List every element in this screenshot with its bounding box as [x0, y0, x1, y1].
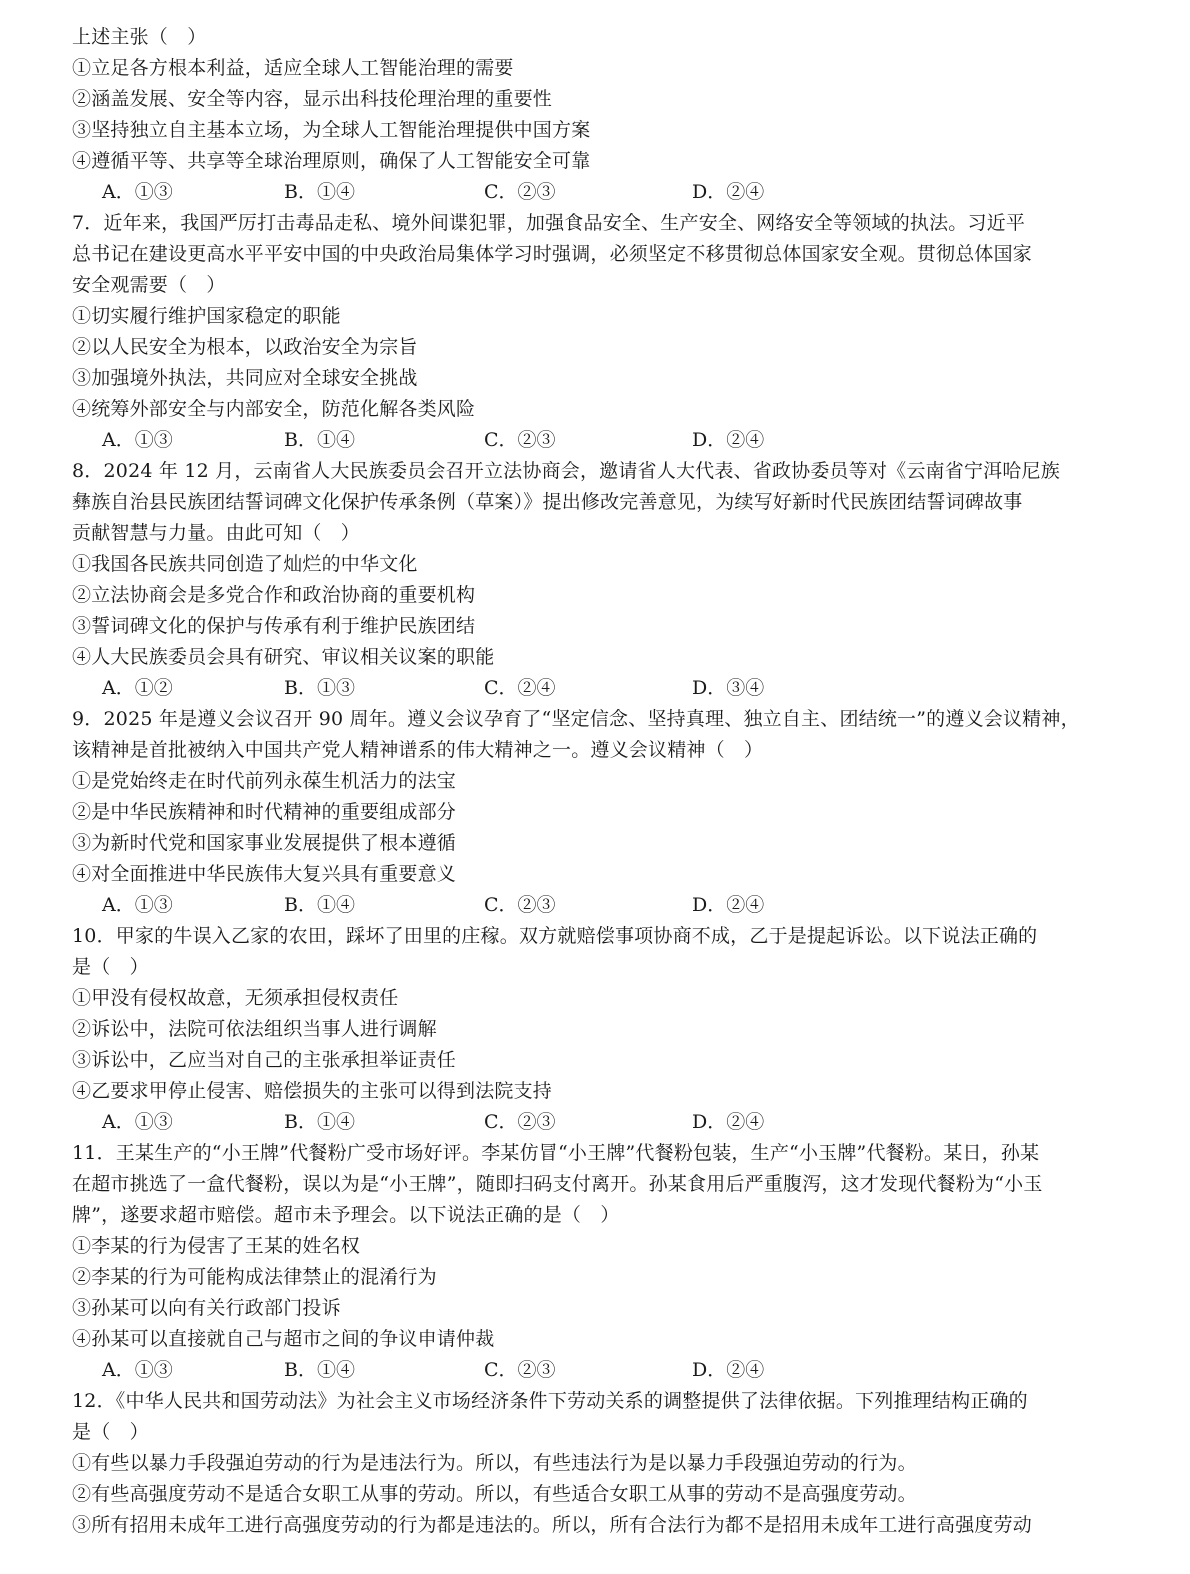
option-3: ③加强境外执法，共同应对全球安全挑战: [72, 363, 1122, 394]
option-4: ④统筹外部安全与内部安全，防范化解各类风险: [72, 394, 1122, 425]
choice-c: C．②③: [484, 177, 556, 208]
option-1: ①立足各方根本利益，适应全球人工智能治理的需要: [72, 53, 1122, 84]
option-1: ①切实履行维护国家稳定的职能: [72, 301, 1122, 332]
choice-b: B．①③: [284, 673, 355, 704]
option-4: ④人大民族委员会具有研究、审议相关议案的职能: [72, 642, 1122, 673]
option-3: ③所有招用未成年工进行高强度劳动的行为都是违法的。所以，所有合法行为都不是招用未…: [72, 1510, 1122, 1541]
option-3: ③誓词碑文化的保护与传承有利于维护民族团结: [72, 611, 1122, 642]
question-stem-line: 11．王某生产的“小王牌”代餐粉广受市场好评。李某仿冒“小王牌”代餐粉包装，生产…: [72, 1138, 1122, 1169]
option-4: ④对全面推进中华民族伟大复兴具有重要意义: [72, 859, 1122, 890]
question-stem-line: 总书记在建设更高水平平安中国的中央政治局集体学习时强调，必须坚定不移贯彻总体国家…: [72, 239, 1122, 270]
choice-b: B．①④: [284, 890, 355, 921]
option-3: ③孙某可以向有关行政部门投诉: [72, 1293, 1122, 1324]
question-stem-line: 彝族自治县民族团结誓词碑文化保护传承条例（草案）》提出修改完善意见，为续写好新时…: [72, 487, 1122, 518]
answer-choices: A．①③ B．①④ C．②③ D．②④: [72, 1355, 1122, 1386]
question-stem-line: 是（ ）: [72, 952, 1122, 983]
option-2: ②李某的行为可能构成法律禁止的混淆行为: [72, 1262, 1122, 1293]
option-1: ①李某的行为侵害了王某的姓名权: [72, 1231, 1122, 1262]
question-stem: 上述主张（ ）: [72, 22, 1122, 53]
choice-c: C．②③: [484, 1355, 556, 1386]
question-stem-line: 该精神是首批被纳入中国共产党人精神谱系的伟大精神之一。遵义会议精神（ ）: [72, 735, 1122, 766]
question-stem-line: 在超市挑选了一盒代餐粉，误以为是“小王牌”，随即扫码支付离开。孙某食用后严重腹泻…: [72, 1169, 1122, 1200]
option-2: ②有些高强度劳动不是适合女职工从事的劳动。所以，有些适合女职工从事的劳动不是高强…: [72, 1479, 1122, 1510]
question-stem-line: 牌”，遂要求超市赔偿。超市未予理会。以下说法正确的是（ ）: [72, 1200, 1122, 1231]
option-2: ②涵盖发展、安全等内容，显示出科技伦理治理的重要性: [72, 84, 1122, 115]
answer-choices: A．①③ B．①④ C．②③ D．②④: [72, 177, 1122, 208]
question-8: 8．2024 年 12 月，云南省人大民族委员会召开立法协商会，邀请省人大代表、…: [72, 456, 1122, 704]
choice-b: B．①④: [284, 425, 355, 456]
question-7: 7．近年来，我国严厉打击毒品走私、境外间谍犯罪，加强食品安全、生产安全、网络安全…: [72, 208, 1122, 456]
choice-c: C．②④: [484, 673, 556, 704]
question-stem-line: 12．《中华人民共和国劳动法》为社会主义市场经济条件下劳动关系的调整提供了法律依…: [72, 1386, 1122, 1417]
question-10: 10．甲家的牛误入乙家的农田，踩坏了田里的庄稼。双方就赔偿事项协商不成，乙于是提…: [72, 921, 1122, 1138]
option-2: ②以人民安全为根本，以政治安全为宗旨: [72, 332, 1122, 363]
choice-a: A．①③: [102, 425, 173, 456]
choice-d: D．②④: [692, 890, 764, 921]
choice-b: B．①④: [284, 1355, 355, 1386]
question-stem-line: 安全观需要（ ）: [72, 270, 1122, 301]
question-stem-line: 贡献智慧与力量。由此可知（ ）: [72, 518, 1122, 549]
choice-c: C．②③: [484, 1107, 556, 1138]
exam-page: 上述主张（ ） ①立足各方根本利益，适应全球人工智能治理的需要 ②涵盖发展、安全…: [72, 22, 1122, 1541]
choice-a: A．①③: [102, 177, 173, 208]
choice-d: D．②④: [692, 1107, 764, 1138]
option-3: ③为新时代党和国家事业发展提供了根本遵循: [72, 828, 1122, 859]
question-9: 9．2025 年是遵义会议召开 90 周年。遵义会议孕育了“坚定信念、坚持真理、…: [72, 704, 1122, 921]
question-stem-line: 7．近年来，我国严厉打击毒品走私、境外间谍犯罪，加强食品安全、生产安全、网络安全…: [72, 208, 1122, 239]
choice-d: D．②④: [692, 1355, 764, 1386]
choice-b: B．①④: [284, 177, 355, 208]
answer-choices: A．①② B．①③ C．②④ D．③④: [72, 673, 1122, 704]
question-6: 上述主张（ ） ①立足各方根本利益，适应全球人工智能治理的需要 ②涵盖发展、安全…: [72, 22, 1122, 208]
answer-choices: A．①③ B．①④ C．②③ D．②④: [72, 425, 1122, 456]
option-2: ②立法协商会是多党合作和政治协商的重要机构: [72, 580, 1122, 611]
choice-a: A．①③: [102, 890, 173, 921]
choice-b: B．①④: [284, 1107, 355, 1138]
option-4: ④乙要求甲停止侵害、赔偿损失的主张可以得到法院支持: [72, 1076, 1122, 1107]
answer-choices: A．①③ B．①④ C．②③ D．②④: [72, 890, 1122, 921]
question-11: 11．王某生产的“小王牌”代餐粉广受市场好评。李某仿冒“小王牌”代餐粉包装，生产…: [72, 1138, 1122, 1386]
question-stem-line: 8．2024 年 12 月，云南省人大民族委员会召开立法协商会，邀请省人大代表、…: [72, 456, 1122, 487]
choice-c: C．②③: [484, 425, 556, 456]
choice-c: C．②③: [484, 890, 556, 921]
question-stem-line: 9．2025 年是遵义会议召开 90 周年。遵义会议孕育了“坚定信念、坚持真理、…: [72, 704, 1122, 735]
option-2: ②诉讼中，法院可依法组织当事人进行调解: [72, 1014, 1122, 1045]
question-stem-line: 是（ ）: [72, 1417, 1122, 1448]
option-1: ①甲没有侵权故意，无须承担侵权责任: [72, 983, 1122, 1014]
choice-a: A．①③: [102, 1355, 173, 1386]
choice-a: A．①③: [102, 1107, 173, 1138]
option-1: ①我国各民族共同创造了灿烂的中华文化: [72, 549, 1122, 580]
option-1: ①有些以暴力手段强迫劳动的行为是违法行为。所以，有些违法行为是以暴力手段强迫劳动…: [72, 1448, 1122, 1479]
option-1: ①是党始终走在时代前列永葆生机活力的法宝: [72, 766, 1122, 797]
option-4: ④遵循平等、共享等全球治理原则，确保了人工智能安全可靠: [72, 146, 1122, 177]
question-12: 12．《中华人民共和国劳动法》为社会主义市场经济条件下劳动关系的调整提供了法律依…: [72, 1386, 1122, 1541]
option-4: ④孙某可以直接就自己与超市之间的争议申请仲裁: [72, 1324, 1122, 1355]
option-3: ③诉讼中，乙应当对自己的主张承担举证责任: [72, 1045, 1122, 1076]
choice-d: D．②④: [692, 425, 764, 456]
choice-a: A．①②: [102, 673, 173, 704]
option-3: ③坚持独立自主基本立场，为全球人工智能治理提供中国方案: [72, 115, 1122, 146]
answer-choices: A．①③ B．①④ C．②③ D．②④: [72, 1107, 1122, 1138]
choice-d: D．③④: [692, 673, 764, 704]
option-2: ②是中华民族精神和时代精神的重要组成部分: [72, 797, 1122, 828]
question-stem-line: 10．甲家的牛误入乙家的农田，踩坏了田里的庄稼。双方就赔偿事项协商不成，乙于是提…: [72, 921, 1122, 952]
choice-d: D．②④: [692, 177, 764, 208]
